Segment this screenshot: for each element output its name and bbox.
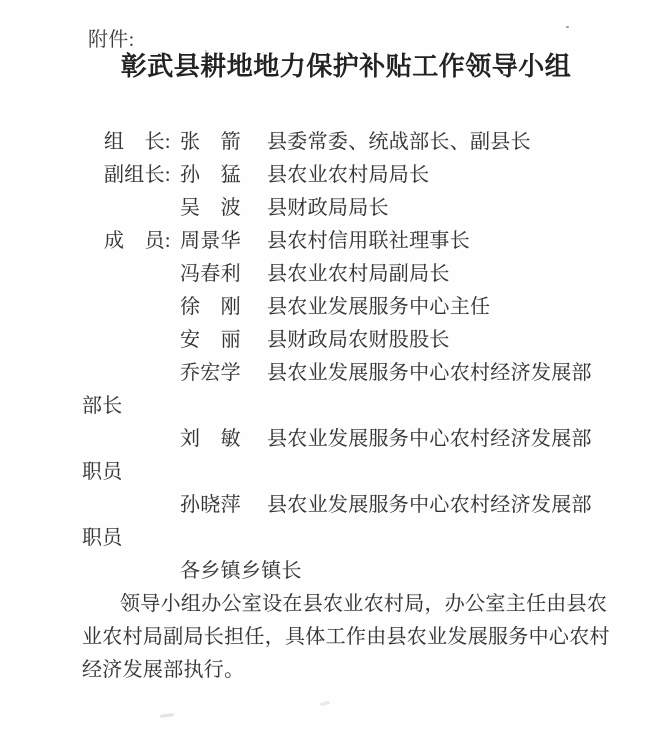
member-name: 徐 刚 xyxy=(180,291,267,324)
member-name: 刘 敏 xyxy=(180,423,267,456)
member-position: 县委常委、统战部长、副县长 xyxy=(267,131,531,153)
member-name: 冯春利 xyxy=(180,258,267,291)
roster-row: 吴 波县财政局局长 xyxy=(82,192,610,225)
member-name: 吴 波 xyxy=(180,192,267,225)
scanned-document-page: 附件: 彰武县耕地地力保护补贴工作领导小组 组 长:张 箭县委常委、统战部长、副… xyxy=(0,0,667,730)
closing-paragraph: 领导小组办公室设在县农业农村局，办公室主任由县农业农村局副局长担任，具体工作由县… xyxy=(82,588,610,687)
member-name: 乔宏学 xyxy=(180,357,267,390)
scan-smudge xyxy=(160,713,174,718)
member-position: 县农业发展服务中心农村经济发展部部长 xyxy=(82,362,592,417)
member-name: 周景华 xyxy=(180,225,267,258)
member-position: 县农业发展服务中心主任 xyxy=(267,296,490,318)
roster-row: 冯春利县农业农村局副局长 xyxy=(82,258,610,291)
roster-row: 成 员:周景华县农村信用联社理事长 xyxy=(82,225,610,258)
member-position: 县农业发展服务中心农村经济发展部职员 xyxy=(82,494,592,549)
member-name: 孙晓萍 xyxy=(180,489,267,522)
member-position: 县农业农村局局长 xyxy=(267,164,429,186)
roster-row: 乔宏学县农业发展服务中心农村经济发展部部长 xyxy=(82,357,610,423)
document-body: 组 长:张 箭县委常委、统战部长、副县长 副组长:孙 猛县农业农村局局长 吴 波… xyxy=(82,126,610,687)
scan-speckle xyxy=(566,26,569,28)
member-name: 各乡镇乡镇长 xyxy=(180,555,267,588)
document-title: 彰武县耕地地力保护补贴工作领导小组 xyxy=(82,49,610,85)
member-name: 孙 猛 xyxy=(180,159,267,192)
member-position: 县农村信用联社理事长 xyxy=(267,230,470,252)
roster-row: 徐 刚县农业发展服务中心主任 xyxy=(82,291,610,324)
roster-row: 孙晓萍县农业发展服务中心农村经济发展部职员 xyxy=(82,489,610,555)
role-label: 组 长: xyxy=(82,126,180,159)
member-name: 张 箭 xyxy=(180,126,267,159)
member-name: 安 丽 xyxy=(180,324,267,357)
member-position: 县农业发展服务中心农村经济发展部职员 xyxy=(82,428,592,483)
scan-smudge xyxy=(320,701,330,706)
role-label: 副组长: xyxy=(82,159,180,192)
member-position: 县农业农村局副局长 xyxy=(267,263,450,285)
member-position: 县财政局农财股股长 xyxy=(267,329,450,351)
member-position: 县财政局局长 xyxy=(267,197,389,219)
roster-row: 副组长:孙 猛县农业农村局局长 xyxy=(82,159,610,192)
roster-row: 各乡镇乡镇长 xyxy=(82,555,610,588)
roster-row: 刘 敏县农业发展服务中心农村经济发展部职员 xyxy=(82,423,610,489)
roster-row: 组 长:张 箭县委常委、统战部长、副县长 xyxy=(82,126,610,159)
roster-row: 安 丽县财政局农财股股长 xyxy=(82,324,610,357)
role-label: 成 员: xyxy=(82,225,180,258)
